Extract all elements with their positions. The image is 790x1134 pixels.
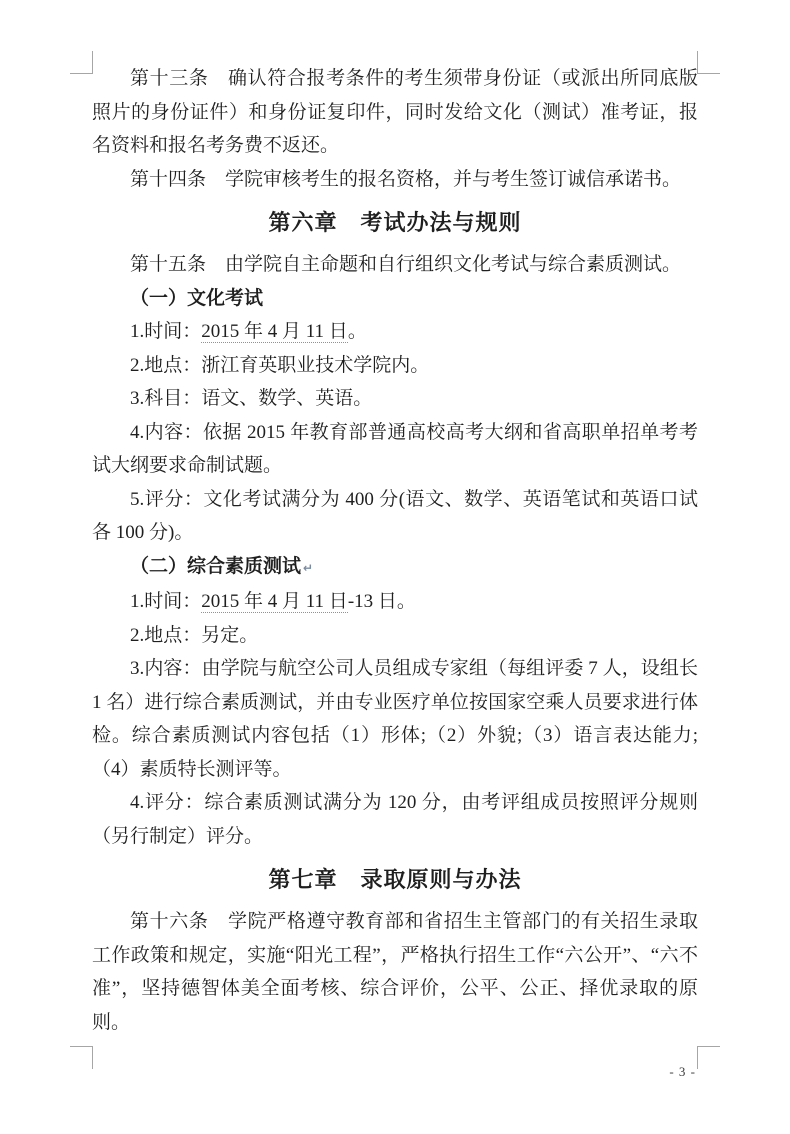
quality-test-scoring-item: 4.评分：综合素质测试满分为 120 分，由考评组成员按照评分规则（另行制定）评… xyxy=(92,786,698,853)
document-content: 第十三条 确认符合报考条件的考生须带身份证（或派出所同底版照片的身份证件）和身份… xyxy=(92,62,698,1039)
culture-exam-content-item: 4.内容：依据 2015 年教育部普通高校高考大纲和省高职单招单考考试大纲要求命… xyxy=(92,416,698,483)
section-1-heading: （一）文化考试 xyxy=(92,282,698,316)
quality-test-place-item: 2.地点：另定。 xyxy=(92,619,698,653)
item-label: 1.时间： xyxy=(130,321,201,342)
test-date-underlined: 2015 年 4 月 11 日 xyxy=(201,591,348,613)
item-suffix: -13 日。 xyxy=(348,591,416,612)
culture-exam-place-item: 2.地点：浙江育英职业技术学院内。 xyxy=(92,349,698,383)
clause-14-paragraph: 第十四条 学院审核考生的报名资格，并与考生签订诚信承诺书。 xyxy=(92,163,698,197)
clause-15-paragraph: 第十五条 由学院自主命题和自行组织文化考试与综合素质测试。 xyxy=(92,248,698,282)
chapter-6-title: 第六章 考试办法与规则 xyxy=(92,206,698,240)
section-2-heading-text: （二）综合素质测试 xyxy=(130,556,301,577)
crop-mark-bottom-left xyxy=(70,1046,93,1069)
paragraph-end-mark: ↵ xyxy=(303,561,313,575)
culture-exam-scoring-item: 5.评分：文化考试满分为 400 分(语文、数学、英语笔试和英语口试各 100 … xyxy=(92,483,698,550)
clause-16-paragraph: 第十六条 学院严格遵守教育部和省招生主管部门的有关招生录取工作政策和规定，实施“… xyxy=(92,905,698,1039)
exam-date-underlined: 2015 年 4 月 11 日 xyxy=(201,321,348,343)
section-2-heading: （二）综合素质测试↵ xyxy=(92,550,698,586)
crop-mark-bottom-right xyxy=(697,1046,720,1069)
crop-mark-top-right xyxy=(697,51,720,74)
culture-exam-time-item: 1.时间：2015 年 4 月 11 日。 xyxy=(92,315,698,349)
clause-13-paragraph: 第十三条 确认符合报考条件的考生须带身份证（或派出所同底版照片的身份证件）和身份… xyxy=(92,62,698,163)
quality-test-content-item: 3.内容：由学院与航空公司人员组成专家组（每组评委 7 人，设组长 1 名）进行… xyxy=(92,652,698,786)
chapter-7-title: 第七章 录取原则与办法 xyxy=(92,863,698,897)
item-suffix: 。 xyxy=(348,321,367,342)
quality-test-time-item: 1.时间：2015 年 4 月 11 日-13 日。 xyxy=(92,585,698,619)
page-number: - 3 - xyxy=(669,1064,696,1080)
item-label: 1.时间： xyxy=(130,591,201,612)
crop-mark-top-left xyxy=(70,51,93,74)
culture-exam-subjects-item: 3.科目：语文、数学、英语。 xyxy=(92,382,698,416)
